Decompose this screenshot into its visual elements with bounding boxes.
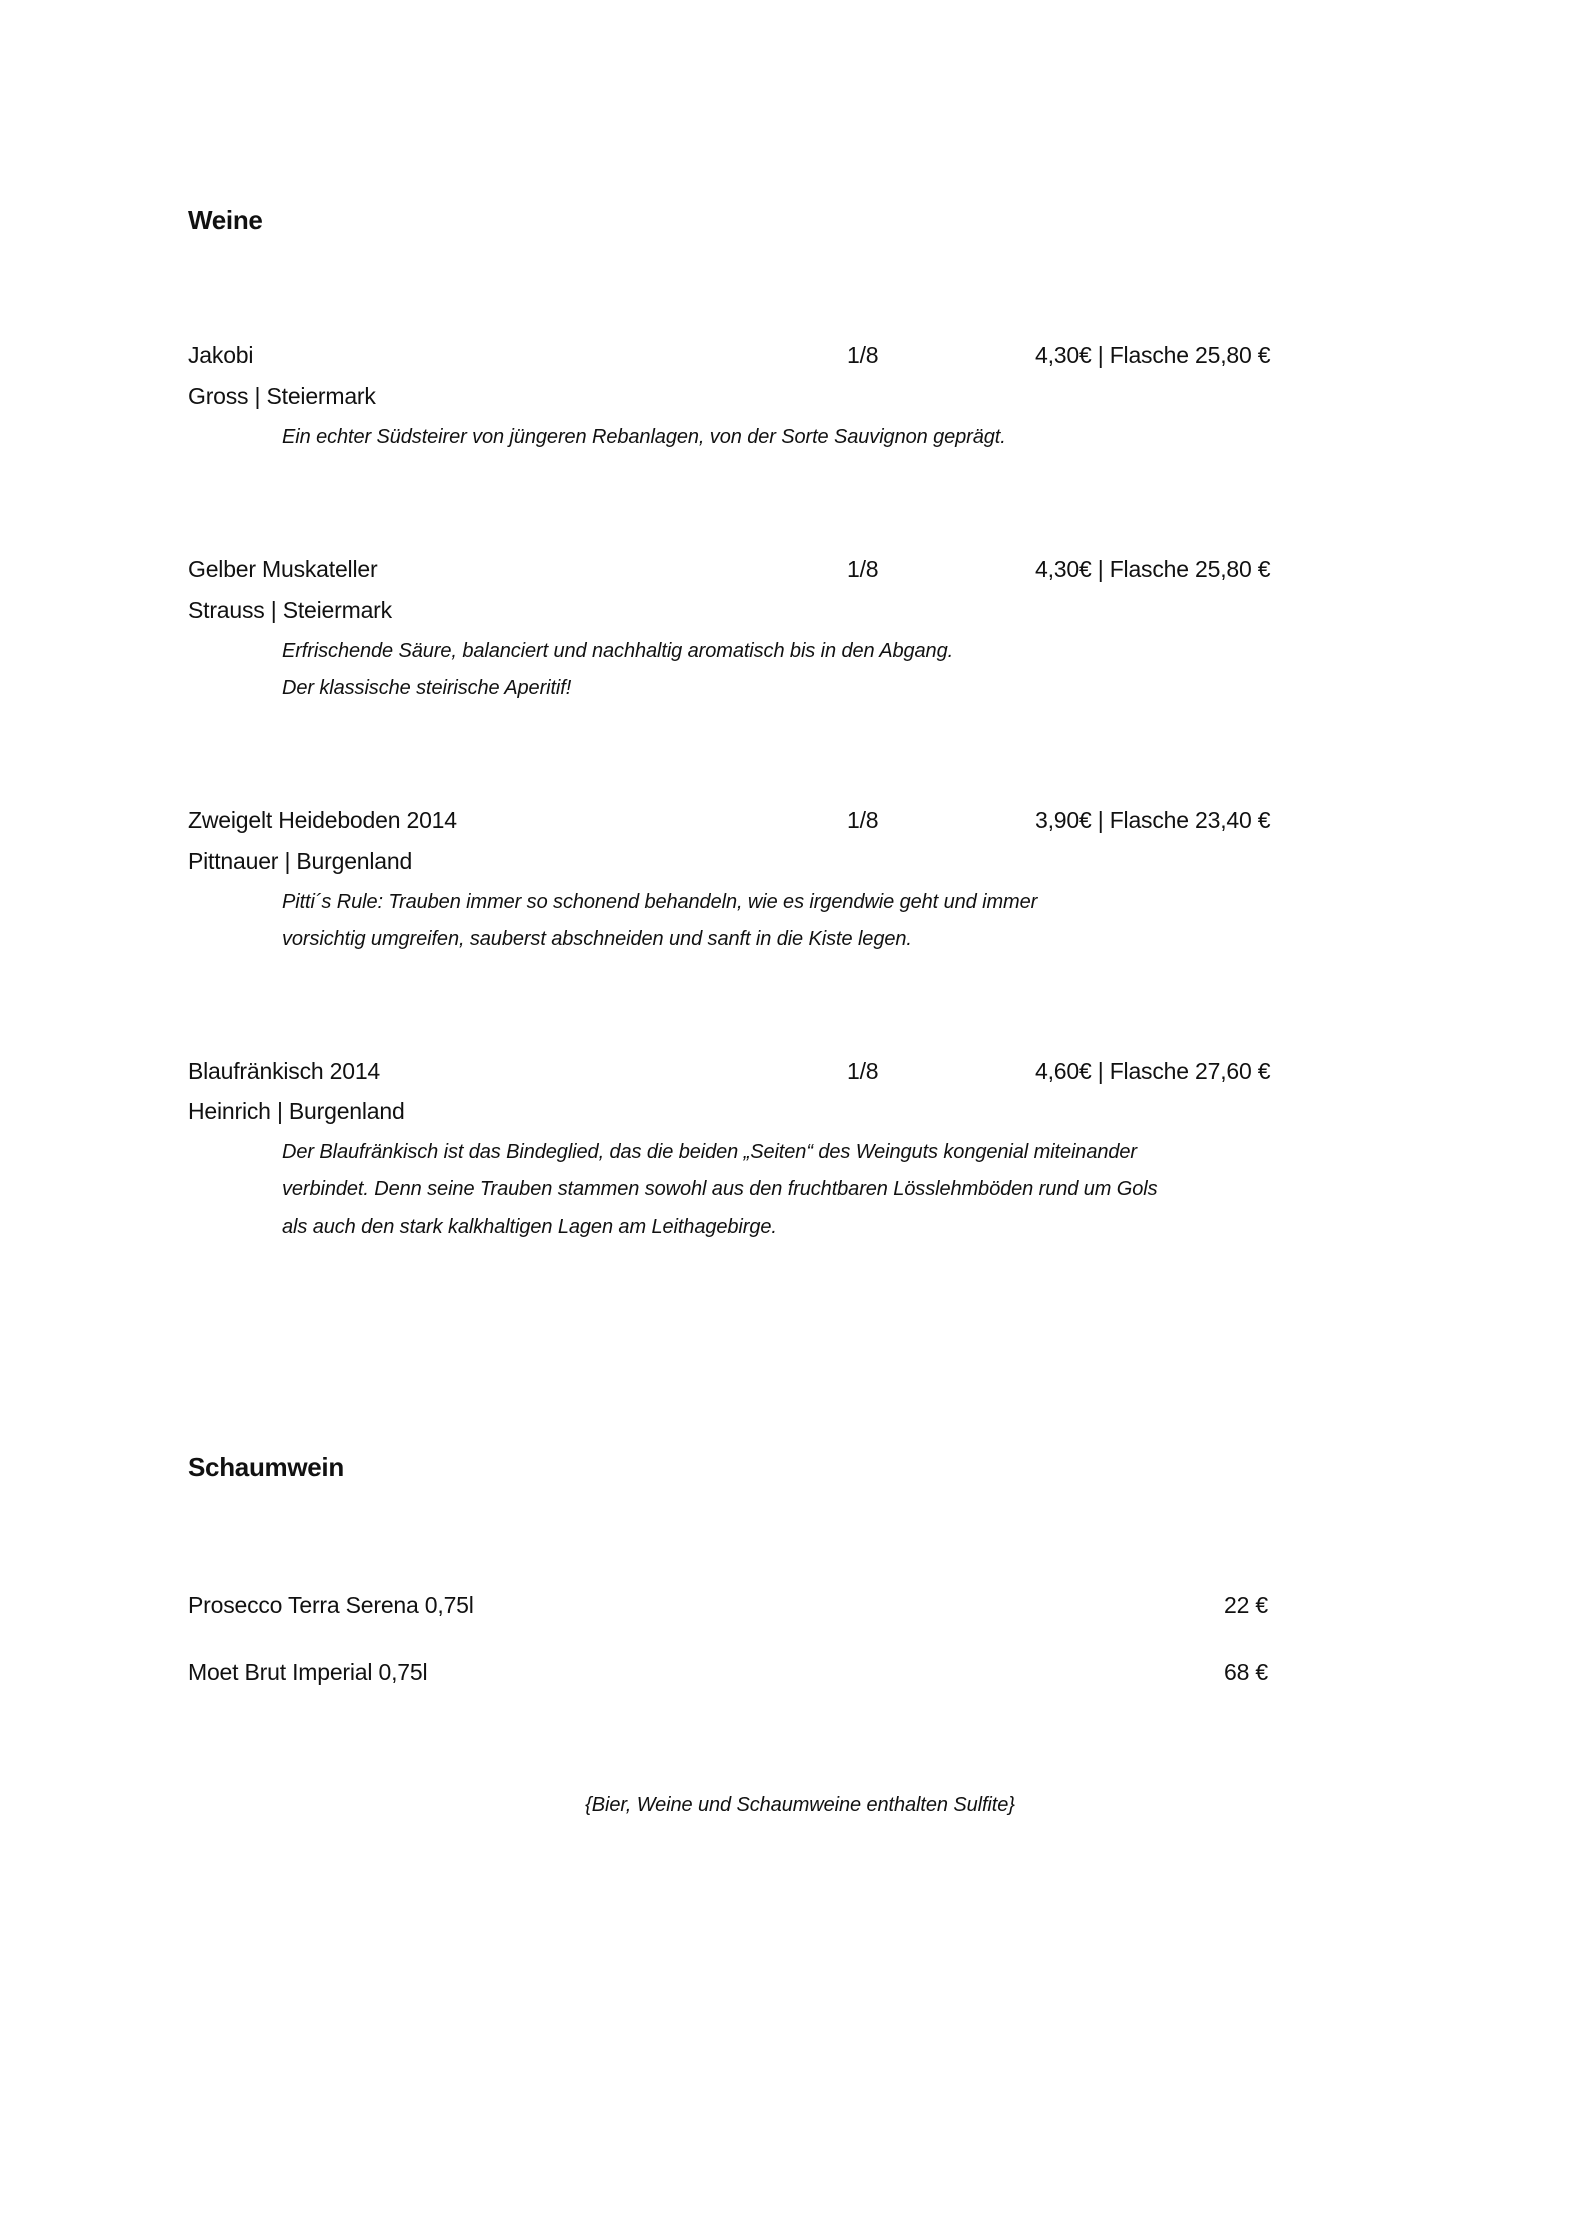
wine-measure: 1/8 [847, 342, 878, 369]
wine-price: 4,60€ | Flasche 27,60 € [1035, 1058, 1270, 1085]
sparkling-price: 68 € [1224, 1659, 1268, 1686]
wine-name: Jakobi [188, 342, 253, 369]
wine-name: Gelber Muskateller [188, 556, 377, 583]
wine-measure: 1/8 [847, 556, 878, 583]
wine-description-line: Erfrischende Säure, balanciert und nachh… [282, 640, 953, 663]
wine-description-line: Pitti´s Rule: Trauben immer so schonend … [282, 891, 1037, 914]
section-title-wine: Weine [188, 205, 263, 236]
sulfite-notice: {Bier, Weine und Schaumweine enthalten S… [0, 1794, 1571, 1817]
sparkling-name: Moet Brut Imperial 0,75l [188, 1659, 427, 1686]
wine-producer: Heinrich | Burgenland [188, 1098, 405, 1125]
wine-price: 4,30€ | Flasche 25,80 € [1035, 556, 1270, 583]
wine-name: Blaufränkisch 2014 [188, 1058, 380, 1085]
wine-producer: Strauss | Steiermark [188, 597, 392, 624]
wine-producer: Gross | Steiermark [188, 383, 376, 410]
wine-name: Zweigelt Heideboden 2014 [188, 807, 457, 834]
section-title-sparkling: Schaumwein [188, 1452, 344, 1483]
sparkling-name: Prosecco Terra Serena 0,75l [188, 1592, 474, 1619]
wine-measure: 1/8 [847, 807, 878, 834]
wine-description-line: Ein echter Südsteirer von jüngeren Reban… [282, 426, 1006, 449]
wine-description-line: als auch den stark kalkhaltigen Lagen am… [282, 1216, 777, 1239]
wine-description-line: vorsichtig umgreifen, sauberst abschneid… [282, 928, 912, 951]
wine-price: 4,30€ | Flasche 25,80 € [1035, 342, 1270, 369]
wine-description-line: Der Blaufränkisch ist das Bindeglied, da… [282, 1141, 1137, 1164]
wine-price: 3,90€ | Flasche 23,40 € [1035, 807, 1270, 834]
sparkling-price: 22 € [1224, 1592, 1268, 1619]
wine-producer: Pittnauer | Burgenland [188, 848, 412, 875]
wine-description-line: Der klassische steirische Aperitif! [282, 677, 571, 700]
wine-measure: 1/8 [847, 1058, 878, 1085]
wine-description-line: verbindet. Denn seine Trauben stammen so… [282, 1178, 1157, 1201]
